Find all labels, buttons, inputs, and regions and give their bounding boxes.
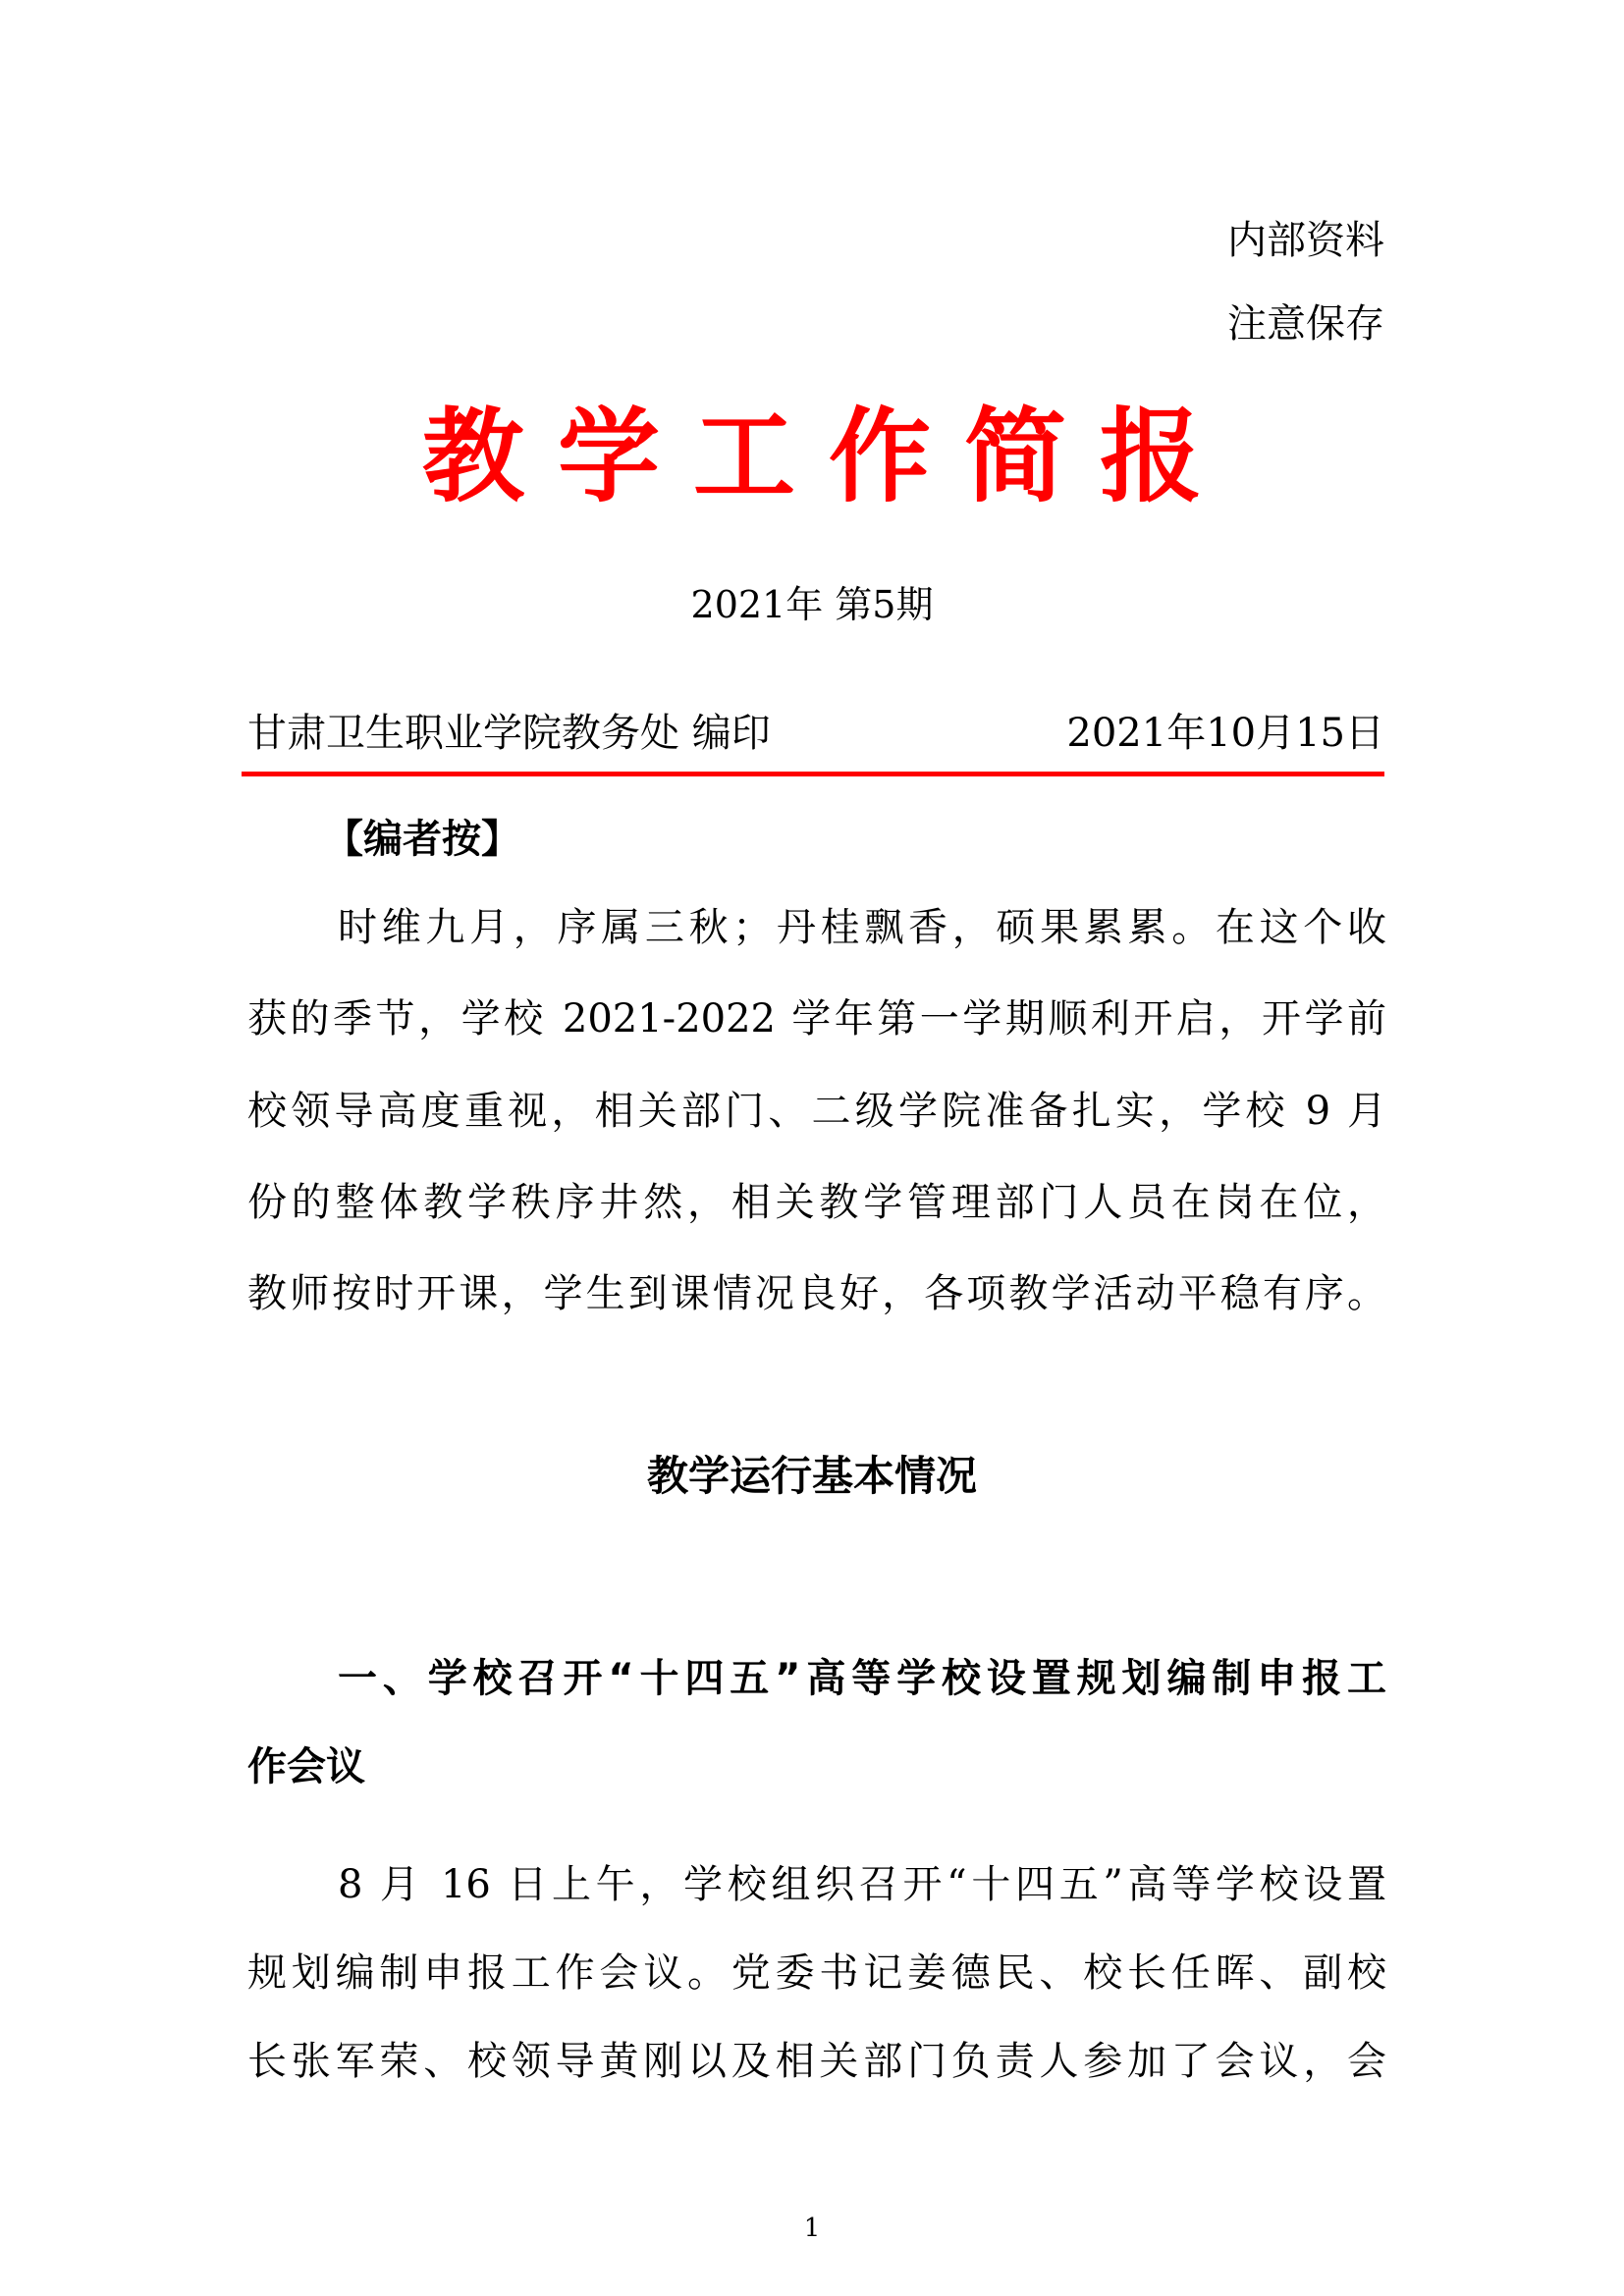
editor-note-label: 【编者按】 bbox=[324, 815, 520, 864]
editor-note-line: 获的季节，学校 2021-2022 学年第一学期顺利开启，开学前 bbox=[247, 994, 1386, 1043]
page-number: 1 bbox=[0, 2213, 1624, 2244]
editor-note-line: 时维九月，序属三秋；丹桂飘香，硕果累累。在这个收 bbox=[247, 903, 1386, 952]
subsection-heading-line: 一、学校召开“十四五”高等学校设置规划编制申报工 bbox=[247, 1654, 1386, 1703]
editor-note-line: 份的整体教学秩序井然，相关教学管理部门人员在岗在位， bbox=[247, 1178, 1386, 1227]
editor-note-line: 校领导高度重视，相关部门、二级学院准备扎实，学校 9 月 bbox=[247, 1087, 1386, 1136]
section-title: 教学运行基本情况 bbox=[0, 1451, 1624, 1502]
internal-material-mark: 内部资料 bbox=[1227, 216, 1384, 265]
paragraph-line: 规划编制申报工作会议。党委书记姜德民、校长任晖、副校 bbox=[247, 1949, 1386, 1998]
keep-safe-mark: 注意保存 bbox=[1227, 299, 1384, 348]
publish-date: 2021年10月15日 bbox=[1066, 709, 1384, 758]
subsection-heading-line: 作会议 bbox=[247, 1742, 1386, 1791]
paragraph-line: 长张军荣、校领导黄刚以及相关部门负责人参加了会议，会 bbox=[247, 2037, 1386, 2086]
publisher: 甘肃卫生职业学院教务处 编印 bbox=[247, 709, 771, 758]
red-divider-rule bbox=[242, 772, 1384, 776]
editor-note-line: 教师按时开课，学生到课情况良好，各项教学活动平稳有序。 bbox=[247, 1269, 1386, 1318]
paragraph-line: 8 月 16 日上午，学校组织召开“十四五”高等学校设置 bbox=[247, 1860, 1386, 1909]
bulletin-title: 教学工作简报 bbox=[0, 398, 1624, 515]
issue-number: 2021年 第5期 bbox=[0, 581, 1624, 628]
